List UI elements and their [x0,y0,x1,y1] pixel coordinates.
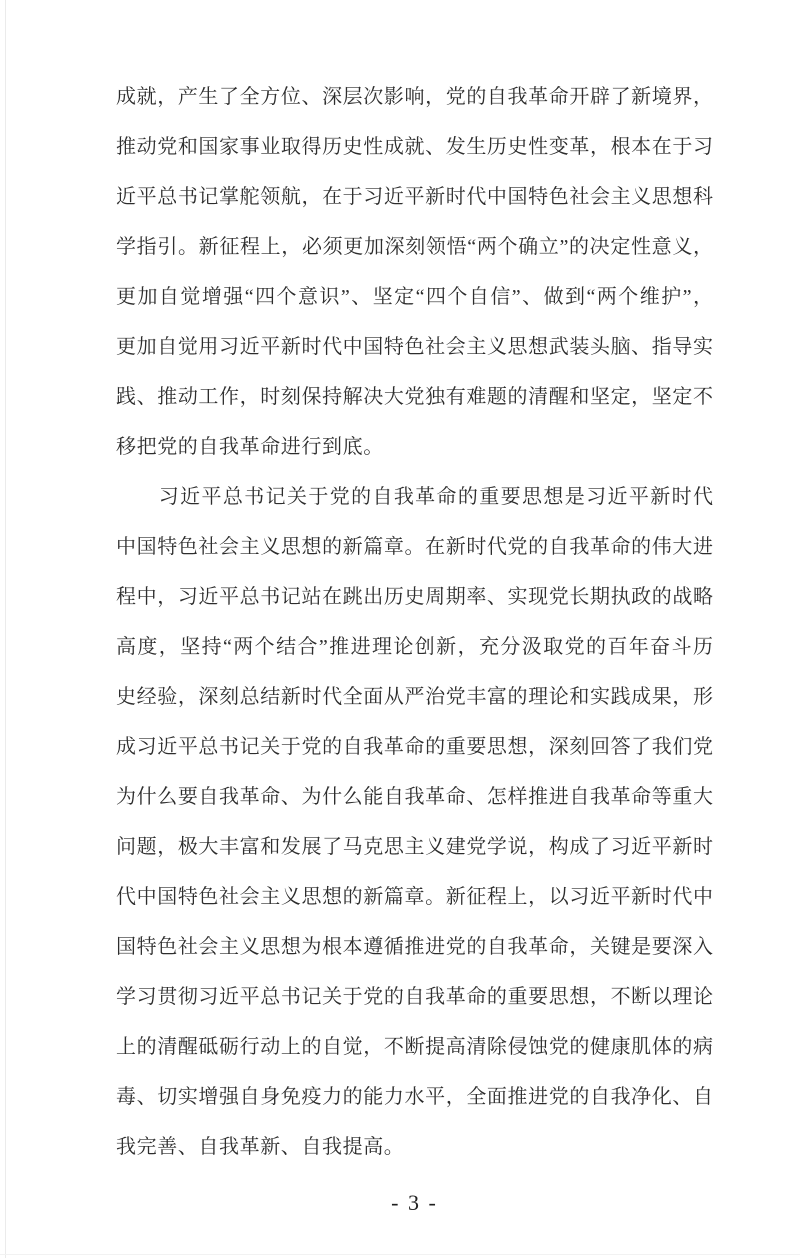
text-line: 成就，产生了全方位、深层次影响，党的自我革命开辟了新境界， [116,72,713,122]
text-line: 程中，习近平总书记站在跳出历史周期率、实现党长期执政的战略 [116,572,713,622]
document-text: 成就，产生了全方位、深层次影响，党的自我革命开辟了新境界， 推动党和国家事业取得… [116,72,713,1172]
text-line: 高度，坚持“两个结合”推进理论创新，充分汲取党的百年奋斗历 [116,622,713,672]
text-line: 为什么要自我革命、为什么能自我革命、怎样推进自我革命等重大 [116,772,713,822]
text-line: 移把党的自我革命进行到底。 [116,422,713,472]
text-line: 代中国特色社会主义思想的新篇章。新征程上，以习近平新时代中 [116,872,713,922]
paragraph-1: 成就，产生了全方位、深层次影响，党的自我革命开辟了新境界， 推动党和国家事业取得… [116,72,713,472]
text-line: 问题，极大丰富和发展了马克思主义建党学说，构成了习近平新时 [116,822,713,872]
text-line: 毒、切实增强自身免疫力的能力水平，全面推进党的自我净化、自 [116,1072,713,1122]
text-line: 史经验，深刻总结新时代全面从严治党丰富的理论和实践成果，形 [116,672,713,722]
text-line: 学指引。新征程上，必须更加深刻领悟“两个确立”的决定性意义， [116,222,713,272]
text-line: 推动党和国家事业取得历史性成就、发生历史性变革，根本在于习 [116,122,713,172]
scan-edge-bottom [0,1254,800,1255]
document-page: 成就，产生了全方位、深层次影响，党的自我革命开辟了新境界， 推动党和国家事业取得… [0,0,800,1258]
text-line: 成习近平总书记关于党的自我革命的重要思想，深刻回答了我们党 [116,722,713,772]
text-line: 习近平总书记关于党的自我革命的重要思想是习近平新时代 [116,472,713,522]
text-line: 我完善、自我革新、自我提高。 [116,1122,713,1172]
text-line: 更加自觉用习近平新时代中国特色社会主义思想武装头脑、指导实 [116,322,713,372]
page-number: - 3 - [116,1190,713,1216]
scan-edge-left [5,0,6,1258]
text-line: 中国特色社会主义思想的新篇章。在新时代党的自我革命的伟大进 [116,522,713,572]
text-line: 上的清醒砥砺行动上的自觉，不断提高清除侵蚀党的健康肌体的病 [116,1022,713,1072]
paragraph-2: 习近平总书记关于党的自我革命的重要思想是习近平新时代 中国特色社会主义思想的新篇… [116,472,713,1172]
text-line: 国特色社会主义思想为根本遵循推进党的自我革命，关键是要深入 [116,922,713,972]
text-line: 更加自觉增强“四个意识”、坚定“四个自信”、做到“两个维护”， [116,272,713,322]
text-line: 近平总书记掌舵领航，在于习近平新时代中国特色社会主义思想科 [116,172,713,222]
text-line: 践、推动工作，时刻保持解决大党独有难题的清醒和坚定，坚定不 [116,372,713,422]
text-line: 学习贯彻习近平总书记关于党的自我革命的重要思想，不断以理论 [116,972,713,1022]
